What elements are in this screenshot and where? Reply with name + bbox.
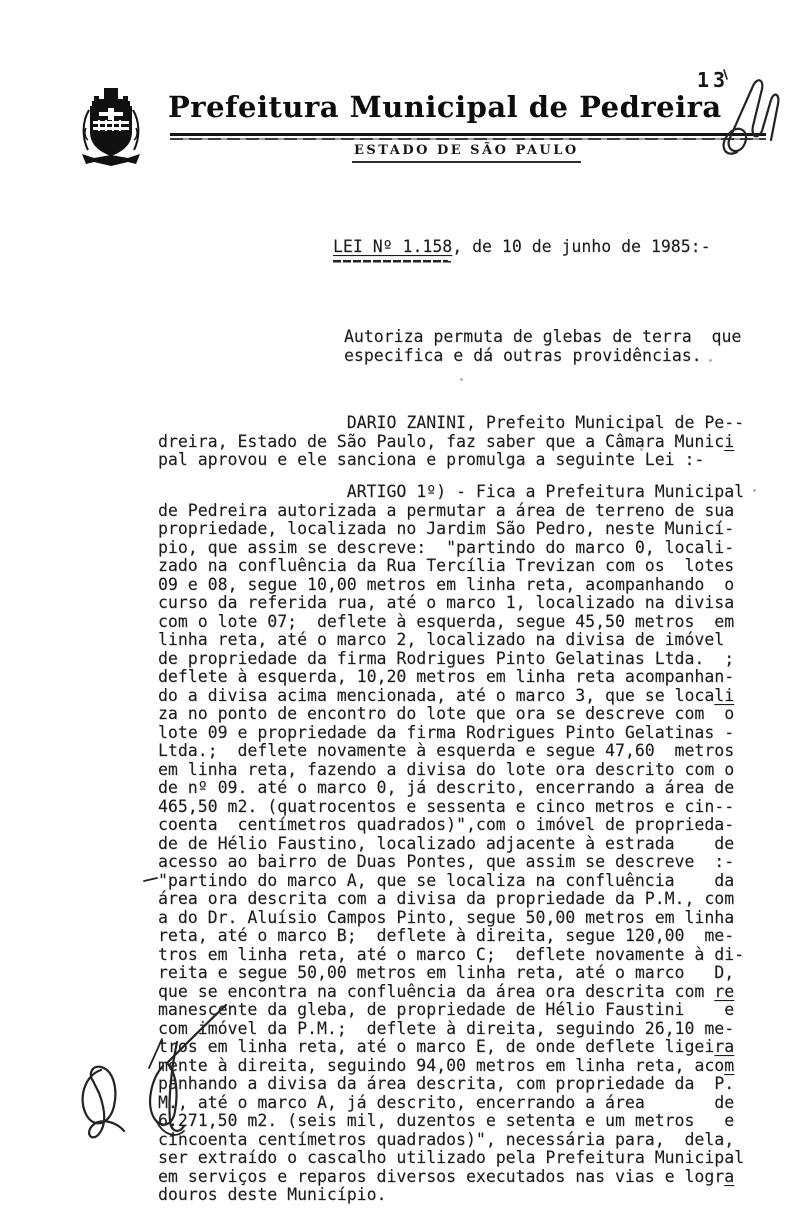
masthead-rule-secondary [170, 138, 766, 140]
text-line: za no ponto de encontro do lote que ora … [158, 705, 744, 724]
text-line: de Pedreira autorizada a permutar a área… [158, 502, 744, 521]
scan-speck [640, 448, 643, 451]
text-line: tros em linha reta, até o marco C; defle… [158, 946, 744, 965]
text-line: em linha reta, fazendo a divisa do lote … [158, 761, 744, 780]
text-line: deflete à esquerda, 10,20 metros em linh… [158, 668, 744, 687]
text-line: lote 09 e propriedade da firma Rodrigues… [158, 724, 744, 743]
text-line: M., até o marco A, já descrito, encerran… [158, 1094, 744, 1113]
text-line: pio, que assim se descreve: "partindo do… [158, 539, 744, 558]
text-line: manescente da gleba, de propriedade de H… [158, 1001, 744, 1020]
law-article-1: ARTIGO 1º) - Fica a Prefeitura Municipal… [158, 483, 744, 1205]
text-line: dreira, Estado de São Paulo, faz saber q… [158, 433, 744, 452]
municipal-coat-of-arms-icon [80, 88, 142, 170]
law-date: , de 10 de junho de 1985:- [452, 237, 710, 256]
law-heading: LEI Nº 1.158, de 10 de junho de 1985:- [333, 238, 711, 257]
margin-dash [144, 878, 157, 881]
text-line: especifica e dá outras providências. [344, 346, 741, 365]
text-line: ser extraído o cascalho utilizado pela P… [158, 1149, 744, 1168]
text-line: de nº 09. até o marco 0, já descrito, en… [158, 779, 744, 798]
text-line: a do Dr. Aluísio Campos Pinto, segue 50,… [158, 909, 744, 928]
page-number-stamp: 13 [697, 68, 729, 92]
scanned-law-document: Prefeitura Municipal de Pedreira ESTADO … [0, 0, 800, 1217]
text-line: linha reta, até o marco 2, localizado na… [158, 631, 744, 650]
text-line: reta, até o marco B; deflete à direita, … [158, 927, 744, 946]
law-preamble: DARIO ZANINI, Prefeito Municipal de Pe--… [158, 414, 744, 470]
text-line: propriedade, localizada no Jardim São Pe… [158, 520, 744, 539]
text-line: tros em linha reta, até o marco E, de on… [158, 1038, 744, 1057]
scan-speck [753, 489, 756, 492]
text-line: 465,50 m2. (quatrocentos e sessenta e ci… [158, 798, 744, 817]
text-line: 09 e 08, segue 10,00 metros em linha ret… [158, 576, 744, 595]
text-line: pal aprovou e ele sanciona e promulga a … [158, 451, 744, 470]
text-line: cincoenta centímetros quadrados)", neces… [158, 1131, 744, 1150]
law-summary: Autoriza permuta de glebas de terra quee… [344, 327, 741, 365]
text-line: com imóvel da P.M.; deflete à direita, s… [158, 1020, 744, 1039]
text-line: mente à direita, seguindo 94,00 metros e… [158, 1057, 744, 1076]
text-line: com o lote 07; deflete à esquerda, segue… [158, 613, 744, 632]
text-line: DARIO ZANINI, Prefeito Municipal de Pe-- [158, 414, 744, 433]
text-line: zado na confluência da Rua Tercília Trev… [158, 557, 744, 576]
text-line: Ltda.; deflete novamente à esquerda e se… [158, 742, 744, 761]
text-line: Autoriza permuta de glebas de terra que [344, 327, 741, 346]
text-line: de propriedade da firma Rodrigues Pinto … [158, 650, 744, 669]
page-title: Prefeitura Municipal de Pedreira [168, 90, 768, 124]
text-line: que se encontra na confluência da área o… [158, 983, 744, 1002]
law-number: LEI Nº 1.158 [333, 238, 452, 263]
text-line: panhando a divisa da área descrita, com … [158, 1075, 744, 1094]
text-line: em serviços e reparos diversos executado… [158, 1168, 744, 1187]
masthead-rule [170, 133, 766, 136]
text-line: douros deste Município. [158, 1186, 744, 1205]
text-line: curso da referida rua, até o marco 1, lo… [158, 594, 744, 613]
text-line: reita e segue 50,00 metros em linha reta… [158, 964, 744, 983]
text-line: de de Hélio Faustino, localizado adjacen… [158, 835, 744, 854]
text-line: 6.271,50 m2. (seis mil, duzentos e seten… [158, 1112, 744, 1131]
text-line: do a divisa acima mencionada, até o marc… [158, 687, 744, 706]
text-line: ARTIGO 1º) - Fica a Prefeitura Municipal [158, 483, 744, 502]
scan-speck [396, 357, 399, 360]
text-line: área ora descrita com a divisa da propri… [158, 890, 744, 909]
text-line: acesso ao bairro de Duas Pontes, que ass… [158, 853, 744, 872]
masthead-subtitle: ESTADO DE SÃO PAULO [352, 143, 581, 163]
text-line: "partindo do marco A, que se localiza na… [158, 872, 744, 891]
scan-speck [709, 359, 712, 362]
text-line: coenta centímetros quadrados)",com o imó… [158, 816, 744, 835]
scan-speck [460, 378, 463, 381]
